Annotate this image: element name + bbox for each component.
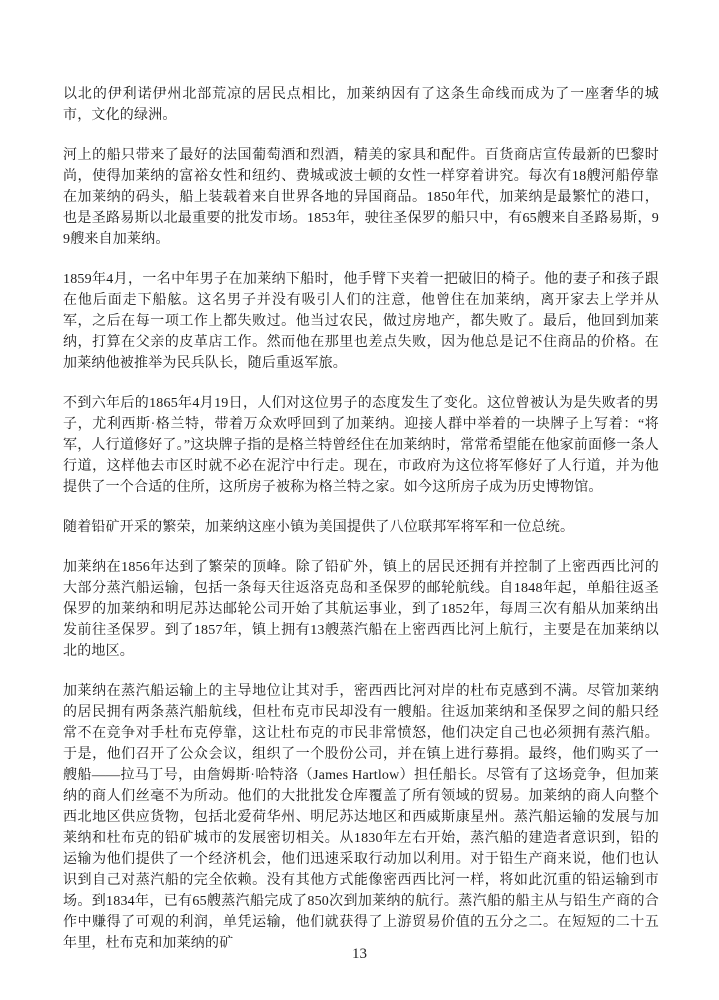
paragraph: 不到六年后的1865年4月19日，人们对这位男子的态度发生了变化。这位曾被认为是… bbox=[63, 393, 659, 498]
paragraph: 1859年4月，一名中年男子在加莱纳下船时，他手臂下夹着一把破旧的椅子。他的妻子… bbox=[63, 269, 659, 374]
document-page: 以北的伊利诺伊州北部荒凉的居民点相比，加莱纳因有了这条生命线而成为了一座奢华的城… bbox=[0, 0, 719, 1000]
paragraph: 以北的伊利诺伊州北部荒凉的居民点相比，加莱纳因有了这条生命线而成为了一座奢华的城… bbox=[63, 84, 659, 126]
page-body: 以北的伊利诺伊州北部荒凉的居民点相比，加莱纳因有了这条生命线而成为了一座奢华的城… bbox=[63, 84, 659, 973]
paragraph: 加莱纳在蒸汽船运输上的主导地位让其对手，密西西比河对岸的杜布克感到不满。尽管加莱… bbox=[63, 681, 659, 954]
paragraph: 加莱纳在1856年达到了繁荣的顶峰。除了铅矿外，镇上的居民还拥有并控制了上密西西… bbox=[63, 557, 659, 662]
paragraph: 随着铅矿开采的繁荣，加莱纳这座小镇为美国提供了八位联邦军将军和一位总统。 bbox=[63, 517, 659, 538]
paragraph: 河上的船只带来了最好的法国葡萄酒和烈酒，精美的家具和配件。百货商店宣传最新的巴黎… bbox=[63, 145, 659, 250]
page-number: 13 bbox=[0, 946, 719, 963]
